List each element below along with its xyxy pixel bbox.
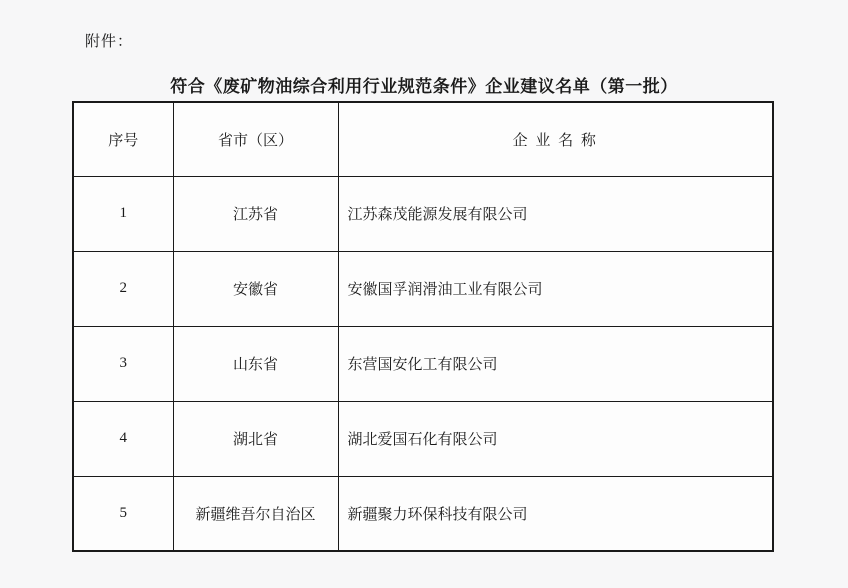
cell-company: 东营国安化工有限公司 [338,326,773,401]
cell-province: 湖北省 [173,401,338,476]
cell-province: 新疆维吾尔自治区 [173,476,338,551]
table-row: 4 湖北省 湖北爱国石化有限公司 [73,401,773,476]
header-company: 企 业 名 称 [338,102,773,176]
table-row: 3 山东省 东营国安化工有限公司 [73,326,773,401]
cell-company: 新疆聚力环保科技有限公司 [338,476,773,551]
table-header-row: 序号 省市（区） 企 业 名 称 [73,102,773,176]
header-no: 序号 [73,102,173,176]
cell-province: 山东省 [173,326,338,401]
cell-no: 4 [73,401,173,476]
table-row: 5 新疆维吾尔自治区 新疆聚力环保科技有限公司 [73,476,773,551]
cell-province: 安徽省 [173,251,338,326]
attachment-label: 附件： [85,30,133,51]
cell-no: 5 [73,476,173,551]
table-row: 1 江苏省 江苏森茂能源发展有限公司 [73,176,773,251]
cell-no: 1 [73,176,173,251]
page-title: 符合《废矿物油综合利用行业规范条件》企业建议名单（第一批） [0,72,848,97]
cell-no: 2 [73,251,173,326]
table-row: 2 安徽省 安徽国孚润滑油工业有限公司 [73,251,773,326]
cell-province: 江苏省 [173,176,338,251]
cell-no: 3 [73,326,173,401]
cell-company: 安徽国孚润滑油工业有限公司 [338,251,773,326]
enterprise-table: 序号 省市（区） 企 业 名 称 1 江苏省 江苏森茂能源发展有限公司 2 安徽… [72,101,774,552]
document-page: 附件： 符合《废矿物油综合利用行业规范条件》企业建议名单（第一批） 序号 省市（… [0,0,848,588]
cell-company: 湖北爱国石化有限公司 [338,401,773,476]
header-province: 省市（区） [173,102,338,176]
cell-company: 江苏森茂能源发展有限公司 [338,176,773,251]
